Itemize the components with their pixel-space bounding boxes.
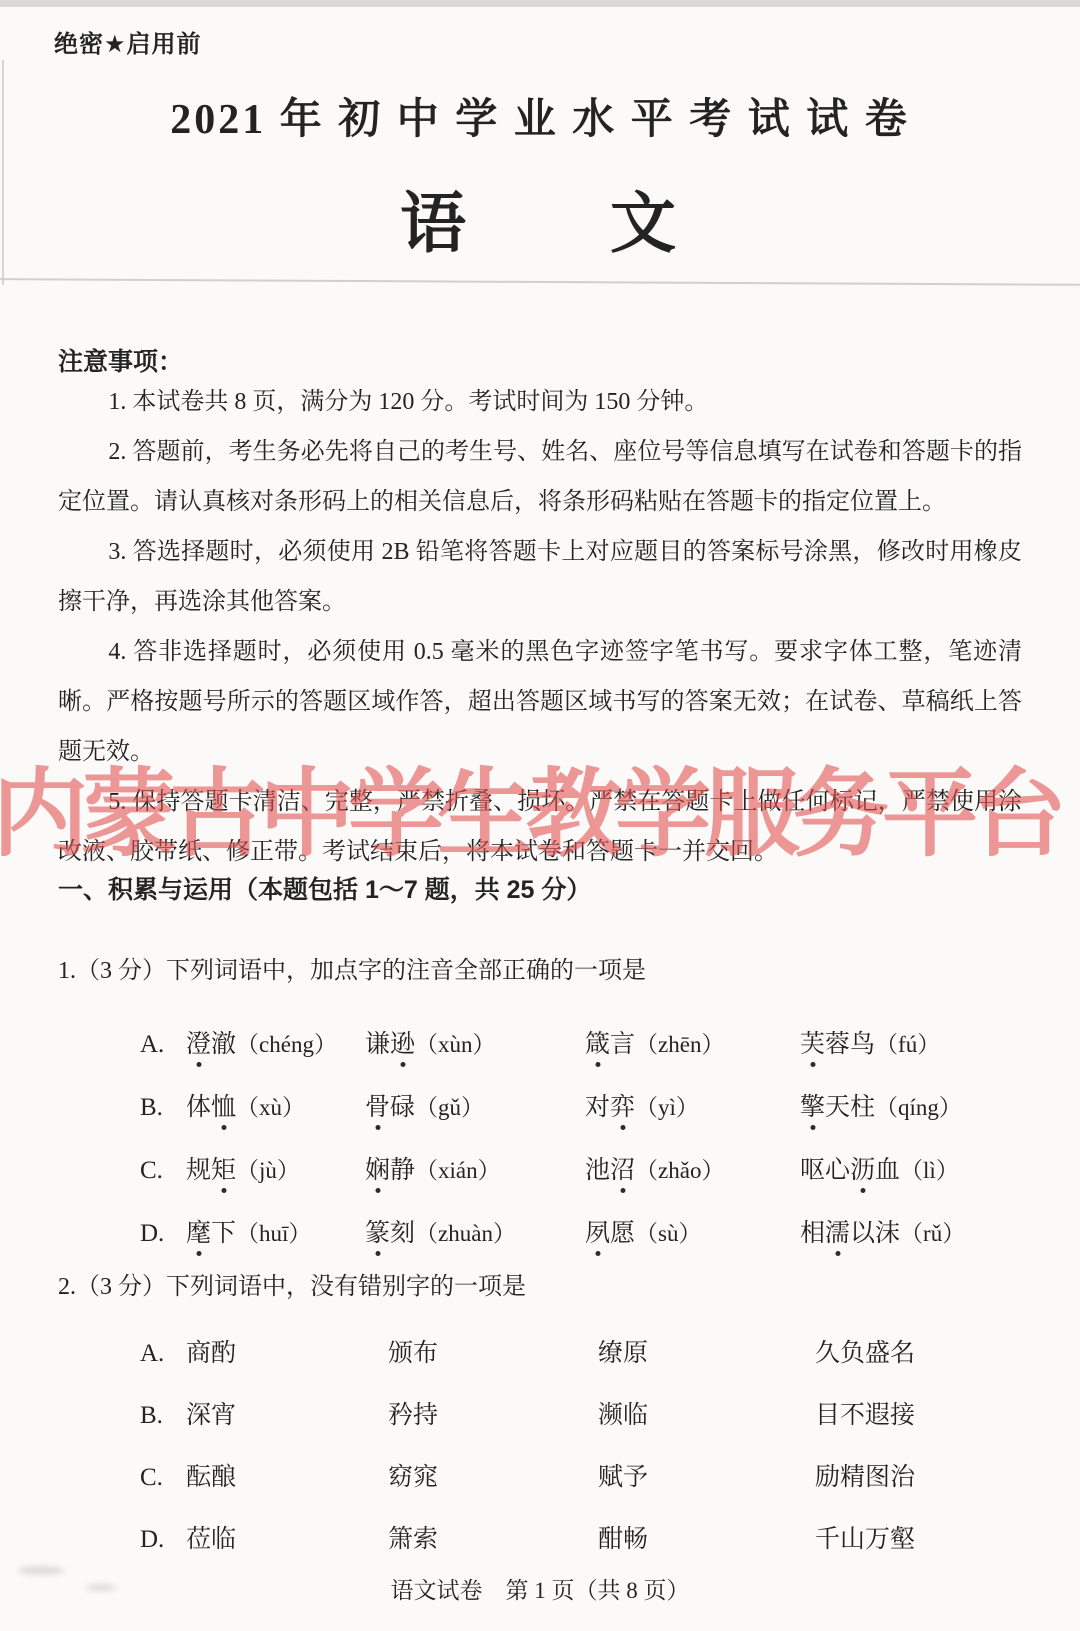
q1-row-b: B.体恤（xù） 骨碌（gǔ） 对弈（yì） 擎天柱（qíng） [140, 1073, 1050, 1136]
q2-word: 箫索 [388, 1519, 598, 1555]
word-post: 愿 [610, 1220, 635, 1247]
q1-options: A.澄澈（chéng） 谦逊（xùn） 箴言（zhēn） 芙蓉鸟（fú） B.体… [140, 1010, 1050, 1262]
q1-word: 擎天柱（qíng） [800, 1087, 1050, 1123]
q2-word: 久负盛名 [815, 1333, 1050, 1369]
notice-item: 2. 答题前，考生务必先将自己的考生号、姓名、座位号等信息填写在试卷和答题卡的指… [58, 427, 1022, 527]
q1-word: 夙愿（sù） [585, 1213, 800, 1249]
q2-word: 颁布 [388, 1333, 598, 1369]
pinyin: （huī） [236, 1221, 311, 1246]
word-post: 蓉鸟 [825, 1031, 875, 1058]
option-label: C. [140, 1157, 186, 1185]
q1-row-d: D.麾下（huī） 篆刻（zhuàn） 夙愿（sù） 相濡以沫（rǔ） [140, 1199, 1050, 1262]
option-label: B. [140, 1402, 186, 1430]
word-post: 以沫 [850, 1220, 900, 1247]
word: 商酌 [186, 1340, 236, 1367]
scan-fold-line [0, 278, 1080, 286]
q2-word: A.商酌 [140, 1333, 388, 1369]
dotted-char: 娴 [365, 1150, 390, 1186]
word-pre: 谦 [365, 1031, 390, 1058]
option-label: B. [140, 1094, 186, 1122]
dotted-char: 沥 [850, 1150, 875, 1186]
section1-heading: 一、积累与运用（本题包括 1～7 题，共 25 分） [58, 870, 591, 906]
dotted-char: 麾 [186, 1213, 211, 1249]
word-post: 天柱 [825, 1094, 875, 1121]
notices-heading: 注意事项： [58, 342, 183, 378]
dotted-char: 澄 [186, 1024, 211, 1060]
word-pre: 相 [800, 1220, 825, 1247]
classification-label: 绝密★启用前 [54, 24, 202, 59]
q1-stem: 1.（3 分）下列词语中，加点字的注音全部正确的一项是 [58, 950, 646, 985]
q1-word: 相濡以沫（rǔ） [800, 1213, 1050, 1249]
word-post: 刻 [390, 1220, 415, 1247]
q2-word: D.莅临 [140, 1519, 388, 1555]
pinyin: （rǔ） [900, 1221, 965, 1246]
q1-word: 娴静（xián） [365, 1150, 585, 1186]
subject-title: 语 文 [0, 170, 1080, 265]
scan-top-edge [0, 0, 1080, 7]
pinyin: （zhǎo） [635, 1158, 724, 1183]
dotted-char: 骨 [365, 1087, 390, 1123]
dotted-char: 弈 [610, 1087, 635, 1123]
q1-word: 骨碌（gǔ） [365, 1087, 585, 1123]
pinyin: （xián） [415, 1158, 501, 1183]
q1-word: B.体恤（xù） [140, 1087, 365, 1123]
q1-row-a: A.澄澈（chéng） 谦逊（xùn） 箴言（zhēn） 芙蓉鸟（fú） [140, 1010, 1050, 1073]
option-label: A. [140, 1340, 186, 1368]
dotted-char: 擎 [800, 1087, 825, 1123]
q2-word: 濒临 [598, 1395, 815, 1431]
pinyin: （qíng） [875, 1095, 962, 1120]
dotted-char: 箴 [585, 1024, 610, 1060]
word-post: 言 [610, 1031, 635, 1058]
q2-word: 励精图治 [815, 1457, 1050, 1493]
dotted-char: 沼 [610, 1150, 635, 1186]
pinyin: （yì） [635, 1095, 699, 1120]
dotted-char: 恤 [211, 1087, 236, 1123]
dotted-char: 濡 [825, 1213, 850, 1249]
q2-row-c: C.酝酿 窈窕 赋予 励精图治 [140, 1444, 1050, 1506]
q2-stem: 2.（3 分）下列词语中，没有错别字的一项是 [58, 1266, 526, 1301]
word-pre: 体 [186, 1094, 211, 1121]
word-post: 澈 [211, 1031, 236, 1058]
dotted-char: 矩 [211, 1150, 236, 1186]
q1-word: 池沼（zhǎo） [585, 1150, 800, 1186]
q1-word: C.规矩（jù） [140, 1150, 365, 1186]
q2-options: A.商酌 颁布 缭原 久负盛名 B.深宵 矜持 濒临 目不遐接 C.酝酿 窈窕 … [140, 1320, 1050, 1568]
word-pre: 池 [585, 1157, 610, 1184]
q2-row-a: A.商酌 颁布 缭原 久负盛名 [140, 1320, 1050, 1382]
q2-word: 千山万壑 [815, 1519, 1050, 1555]
pinyin: （chéng） [236, 1032, 337, 1057]
option-label: D. [140, 1526, 186, 1554]
word-pre: 规 [186, 1157, 211, 1184]
word: 莅临 [186, 1526, 236, 1553]
pinyin: （xù） [236, 1095, 305, 1120]
dotted-char: 夙 [585, 1213, 610, 1249]
q2-word: 酣畅 [598, 1519, 815, 1555]
word: 深宵 [186, 1402, 236, 1429]
pinyin: （sù） [635, 1221, 701, 1246]
q1-word: 芙蓉鸟（fú） [800, 1024, 1050, 1060]
q2-word: 矜持 [388, 1395, 598, 1431]
dotted-char: 篆 [365, 1213, 390, 1249]
pinyin: （lì） [900, 1158, 959, 1183]
q2-word: 赋予 [598, 1457, 815, 1493]
pinyin: （gǔ） [415, 1095, 484, 1120]
q1-word: 篆刻（zhuàn） [365, 1213, 585, 1249]
q2-word: 缭原 [598, 1333, 815, 1369]
q2-word: C.酝酿 [140, 1457, 388, 1493]
q2-word: 目不遐接 [815, 1395, 1050, 1431]
word-post: 下 [211, 1220, 236, 1247]
word-post: 碌 [390, 1094, 415, 1121]
page-footer: 语文试卷 第 1 页（共 8 页） [0, 1572, 1080, 1605]
pinyin: （zhuàn） [415, 1221, 516, 1246]
exam-title: 2021 年 初 中 学 业 水 平 考 试 试 卷 [0, 86, 1080, 146]
word: 酝酿 [186, 1464, 236, 1491]
q1-word: D.麾下（huī） [140, 1213, 365, 1249]
q1-row-c: C.规矩（jù） 娴静（xián） 池沼（zhǎo） 呕心沥血（lì） [140, 1136, 1050, 1199]
option-label: A. [140, 1031, 186, 1059]
option-label: D. [140, 1220, 186, 1248]
pinyin: （zhēn） [635, 1032, 724, 1057]
q1-word: A.澄澈（chéng） [140, 1024, 365, 1060]
notice-item: 5. 保持答题卡清洁、完整，严禁折叠、损坏。严禁在答题卡上做任何标记，严禁使用涂… [58, 777, 1022, 877]
q1-word: 呕心沥血（lì） [800, 1150, 1050, 1186]
pinyin: （jù） [236, 1158, 300, 1183]
notice-item: 3. 答选择题时，必须使用 2B 铅笔将答题卡上对应题目的答案标号涂黑，修改时用… [58, 527, 1022, 627]
q2-word: 窈窕 [388, 1457, 598, 1493]
word-pre: 对 [585, 1094, 610, 1121]
q1-word: 对弈（yì） [585, 1087, 800, 1123]
option-label: C. [140, 1464, 186, 1492]
q1-word: 谦逊（xùn） [365, 1024, 585, 1060]
dotted-char: 逊 [390, 1024, 415, 1060]
q2-word: B.深宵 [140, 1395, 388, 1431]
word-post: 血 [875, 1157, 900, 1184]
q2-row-d: D.莅临 箫索 酣畅 千山万壑 [140, 1506, 1050, 1568]
notice-item: 4. 答非选择题时，必须使用 0.5 毫米的黑色字迹签字笔书写。要求字体工整，笔… [58, 627, 1022, 777]
dotted-char: 芙 [800, 1024, 825, 1060]
notices-block: 1. 本试卷共 8 页，满分为 120 分。考试时间为 150 分钟。 2. 答… [58, 377, 1022, 877]
q2-row-b: B.深宵 矜持 濒临 目不遐接 [140, 1382, 1050, 1444]
pinyin: （xùn） [415, 1032, 496, 1057]
pinyin: （fú） [875, 1032, 940, 1057]
word-post: 静 [390, 1157, 415, 1184]
word-pre: 呕心 [800, 1157, 850, 1184]
q1-word: 箴言（zhēn） [585, 1024, 800, 1060]
notice-item: 1. 本试卷共 8 页，满分为 120 分。考试时间为 150 分钟。 [58, 377, 1022, 427]
